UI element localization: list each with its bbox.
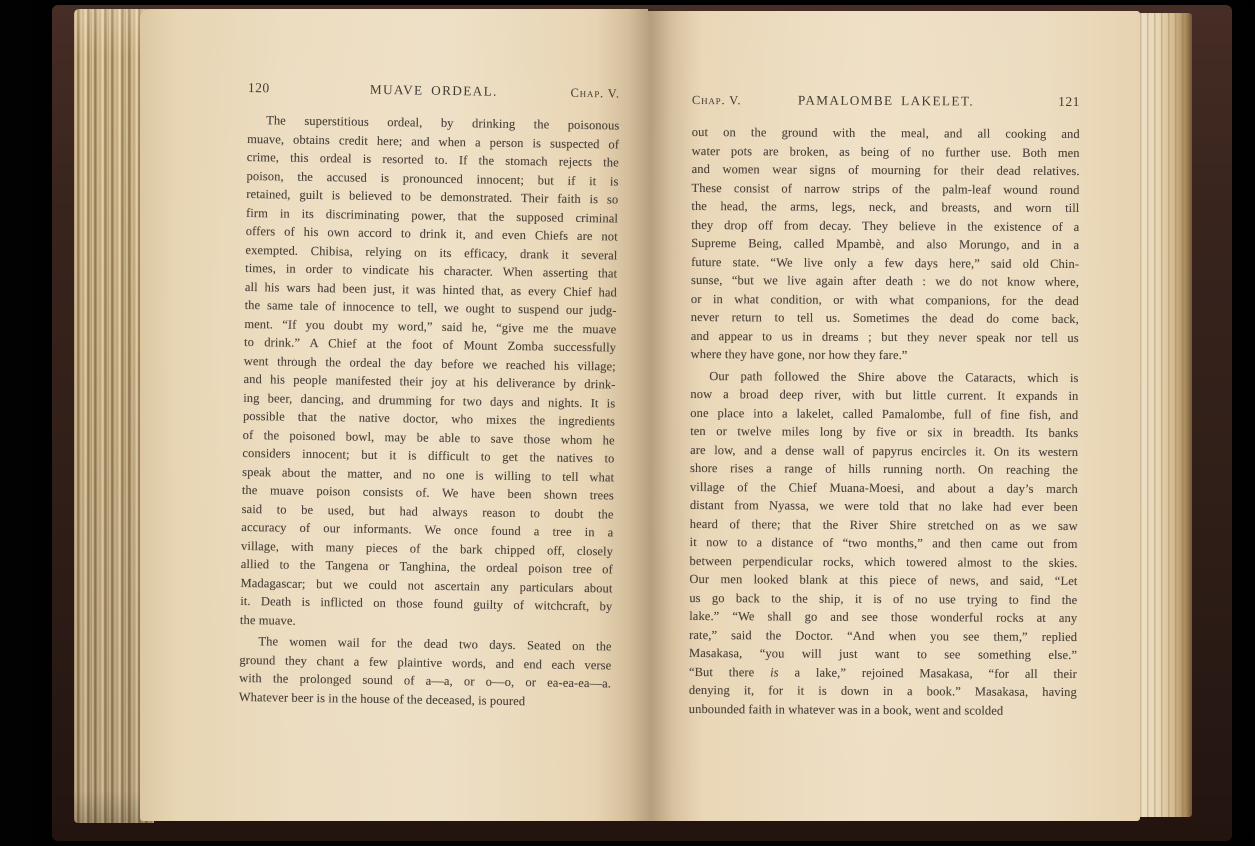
text-line: These consist of narrow strips of the pa… <box>691 178 1079 199</box>
right-page-body: out on the ground with the meal, and all… <box>689 123 1080 720</box>
chapter-label: Chap. V. <box>692 93 741 108</box>
page-number: 120 <box>248 80 270 96</box>
text-line: where they have gone, nor how they fare.… <box>691 345 1079 366</box>
right-page-edge-stack <box>1140 13 1192 817</box>
left-page-body: The superstitious ordeal, by drinking th… <box>239 111 620 711</box>
chapter-label: Chap. V. <box>570 86 620 102</box>
paragraph: The women wail for the dead two days. Se… <box>239 632 612 712</box>
paragraph: Our path followed the Shire above the Ca… <box>689 366 1079 720</box>
text-line: shore rises a range of hills running nor… <box>690 459 1078 480</box>
text-line: and women wear signs of mourning for the… <box>692 160 1080 181</box>
paragraph: out on the ground with the meal, and all… <box>691 123 1080 366</box>
text-line: lake.” “We shall go and see those wonder… <box>689 607 1077 628</box>
text-line: they drop off from decay. They believe i… <box>691 215 1079 236</box>
text-line: it now to a distance of “two months,” an… <box>690 533 1078 554</box>
text-line: and appear to us in dreams ; but they ne… <box>691 326 1079 347</box>
paragraph: The superstitious ordeal, by drinking th… <box>240 111 620 634</box>
page-number: 121 <box>1058 94 1080 110</box>
text-line: heard of there; that the River Shire str… <box>690 514 1078 535</box>
text-line: denying it, for it is down in a book.” M… <box>689 681 1077 702</box>
text-line: are low, and a dense wall of papyrus enc… <box>690 440 1078 461</box>
text-line: Our path followed the Shire above the Ca… <box>690 366 1078 387</box>
text-line: between perpendicular rocks, which tower… <box>689 551 1077 572</box>
text-line: rate,” said the Doctor. “And when you se… <box>689 625 1077 646</box>
text-line: “But there is a lake,” rejoined Masakasa… <box>689 662 1077 683</box>
right-page-header: Chap. V. PAMALOMBE LAKELET. 121 <box>692 92 1080 110</box>
text-line: Supreme Being, called Mpambè, and also M… <box>691 234 1079 255</box>
text-line: ten or twelve miles long by five or six … <box>690 422 1078 443</box>
text-line: now a broad deep river, with but little … <box>690 385 1078 406</box>
text-line: Masakasa, “you will just want to see som… <box>689 644 1077 665</box>
text-line: distant from Nyassa, we were told that n… <box>690 496 1078 517</box>
text-line: one place into a lakelet, called Pamalom… <box>690 403 1078 424</box>
text-line: sunse, “but we live again after death : … <box>691 271 1079 292</box>
running-title: PAMALOMBE LAKELET. <box>798 93 974 110</box>
text-line: unbounded faith in whatever was in a boo… <box>689 699 1077 720</box>
running-title: MUAVE ORDEAL. <box>370 82 498 100</box>
text-line: out on the ground with the meal, and all… <box>692 123 1080 144</box>
text-line: Our men looked blank at this piece of ne… <box>689 570 1077 591</box>
text-line: village of the Chief Muana-Moesi, and ab… <box>690 477 1078 498</box>
text-line: water pots are broken, as being of no fu… <box>692 141 1080 162</box>
text-line: never return to tell us. Sometimes the d… <box>691 308 1079 329</box>
text-line: future state. “We live only a few days h… <box>691 252 1079 273</box>
right-page-text: Chap. V. PAMALOMBE LAKELET. 121 out on t… <box>689 92 1080 720</box>
text-line: or in what condition, or with what compa… <box>691 289 1079 310</box>
text-line: the head, the arms, legs, neck, and brea… <box>691 197 1079 218</box>
left-page-text: 120 MUAVE ORDEAL. Chap. V. The superstit… <box>239 80 620 711</box>
book-photo: 120 MUAVE ORDEAL. Chap. V. The superstit… <box>0 0 1255 846</box>
text-line: us go back to the ship, it is of no use … <box>689 588 1077 609</box>
